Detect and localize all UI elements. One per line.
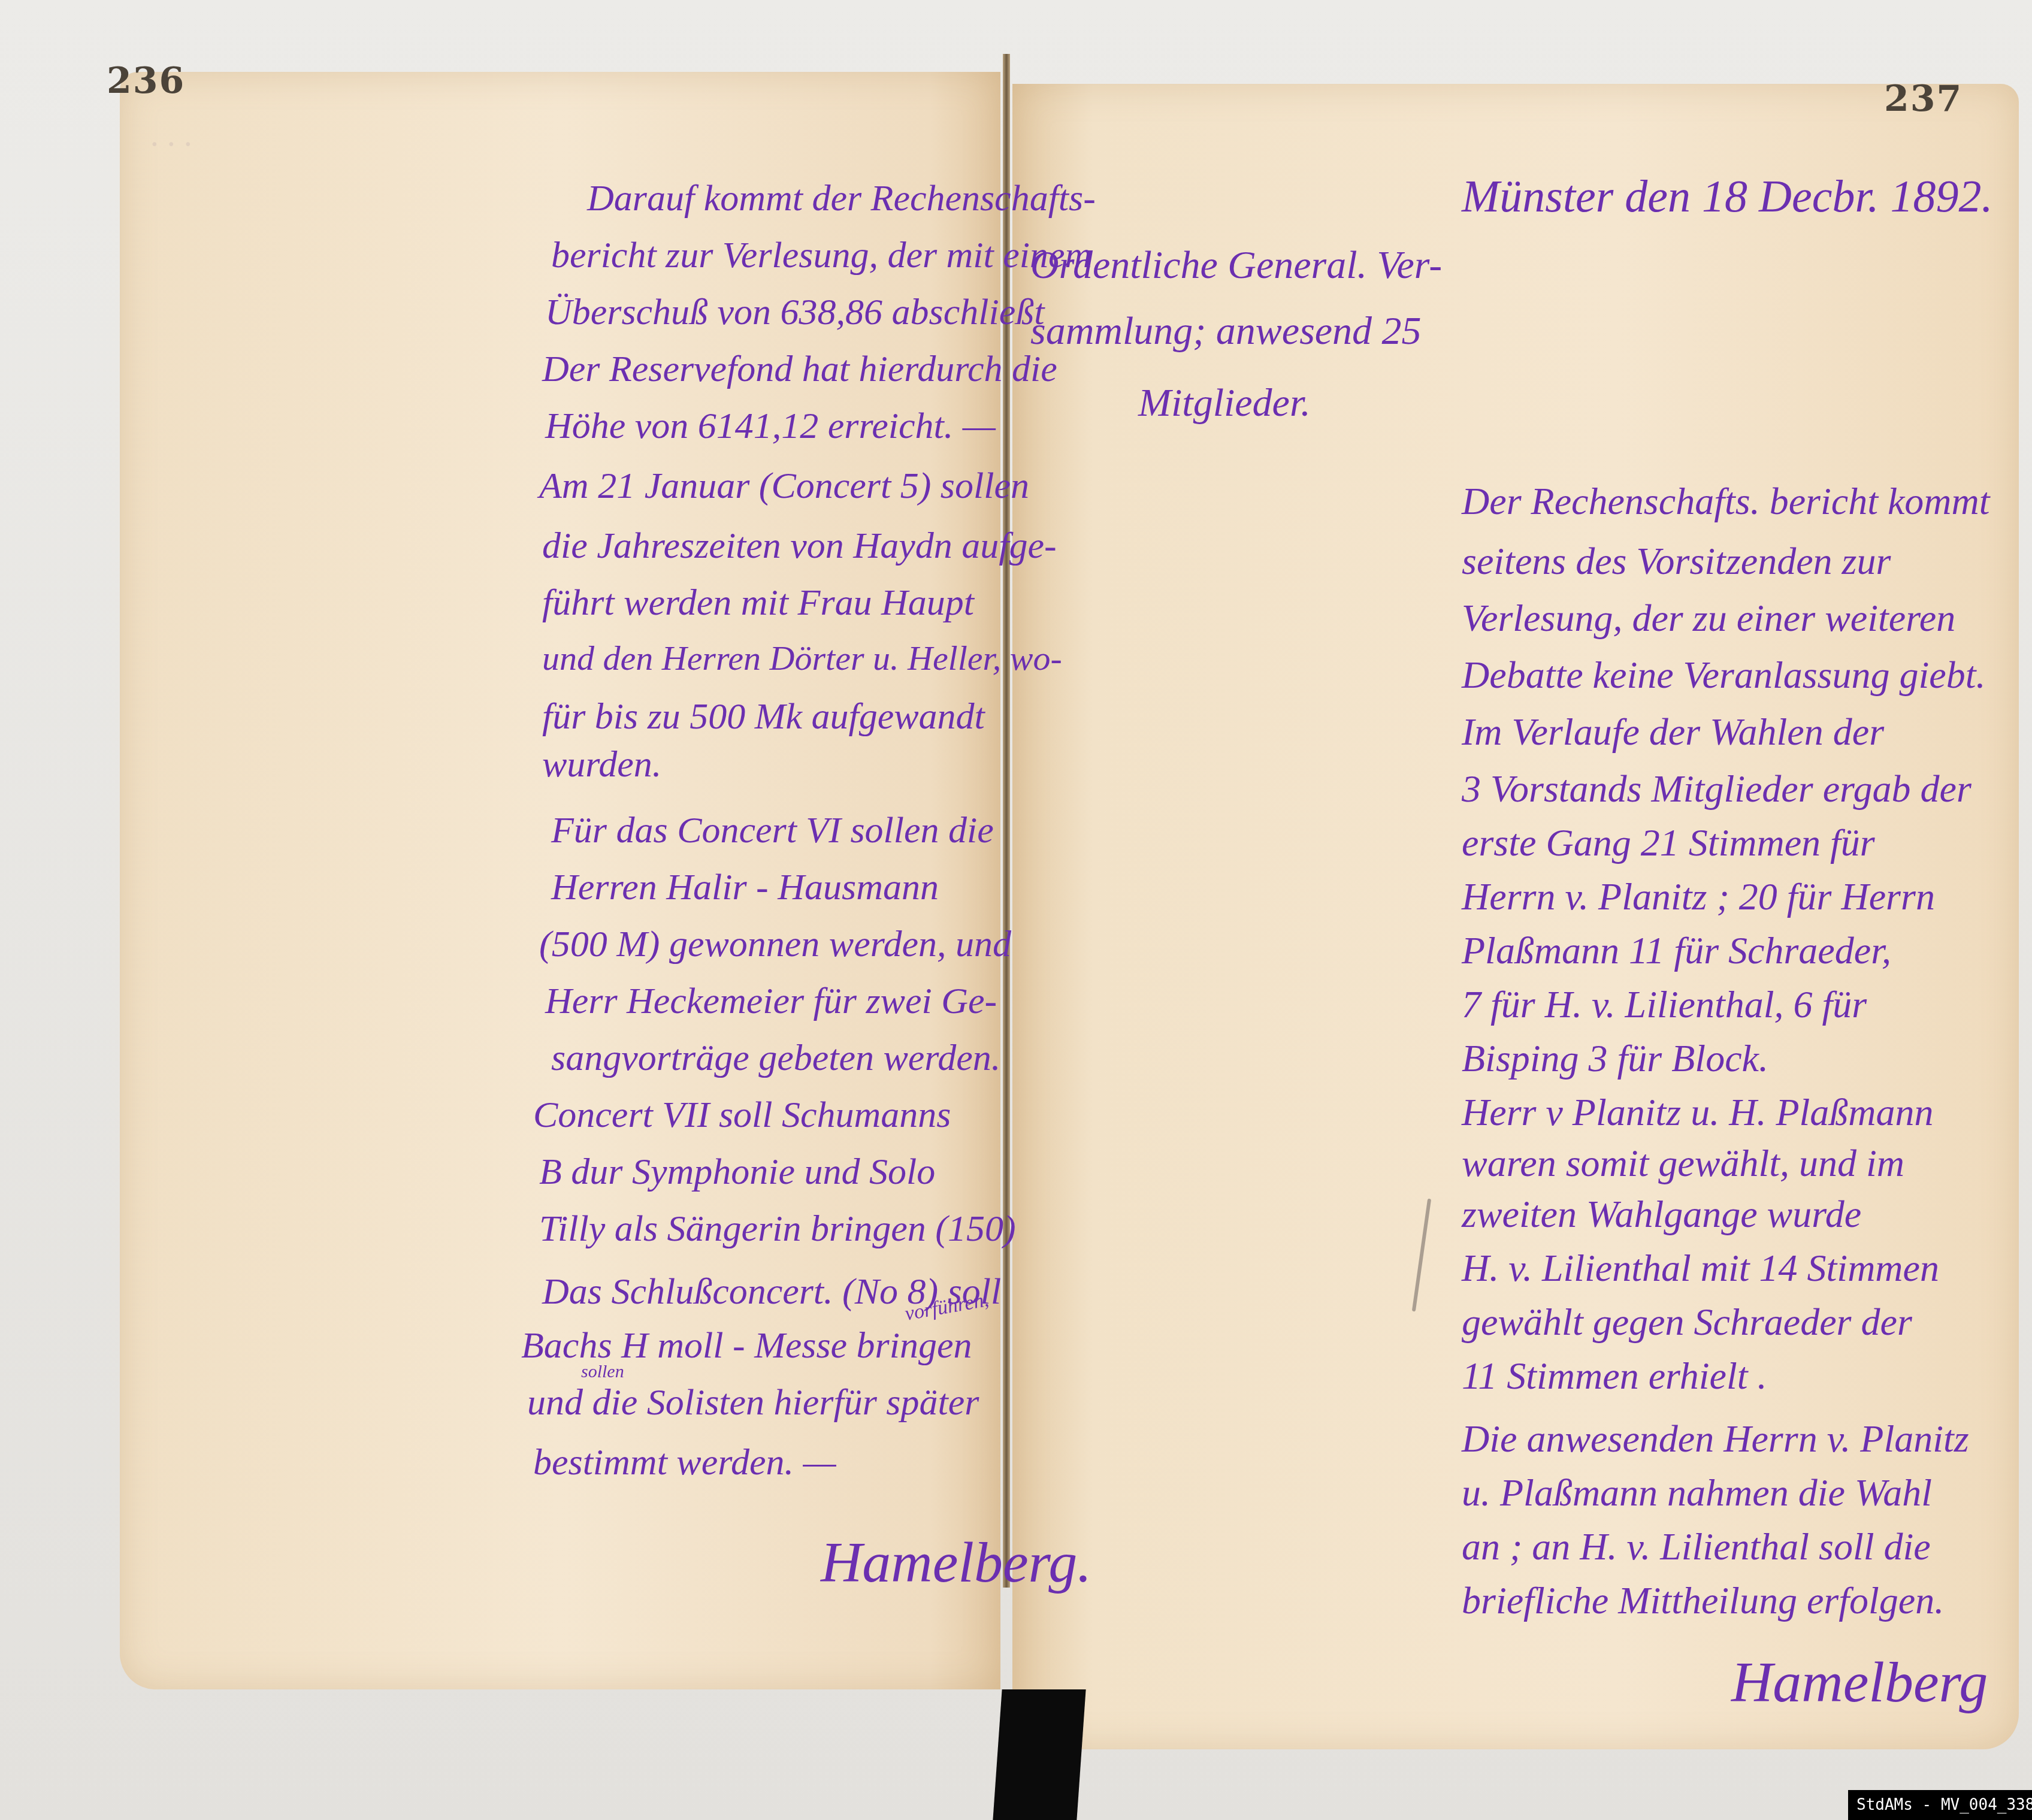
page-number-left: 236 bbox=[107, 60, 185, 102]
text-line: Plaßmann 11 für Schraeder, bbox=[1462, 932, 1891, 970]
heading-line: sammlung; anwesend 25 bbox=[1030, 312, 1422, 351]
text-line: Bisping 3 für Block. bbox=[1462, 1039, 1768, 1078]
text-line: 7 für H. v. Lilienthal, 6 für bbox=[1462, 985, 1867, 1024]
text-line: für bis zu 500 Mk aufgewandt bbox=[542, 698, 985, 735]
text-line: und die Solisten hierfür später bbox=[527, 1384, 979, 1421]
heading-line: Ordentliche General. Ver- bbox=[1030, 246, 1442, 285]
text-line: zweiten Wahlgange wurde bbox=[1462, 1195, 1861, 1234]
text-line: 11 Stimmen erhielt . bbox=[1462, 1357, 1767, 1395]
text-line: bericht zur Verlesung, der mit einem bbox=[551, 237, 1091, 274]
text-line: Concert VII soll Schumanns bbox=[533, 1096, 951, 1133]
book-spine bbox=[1003, 54, 1010, 1588]
text-line: Für das Concert VI sollen die bbox=[551, 812, 994, 849]
text-line: Herr v Planitz u. H. Plaßmann bbox=[1462, 1093, 1934, 1132]
signature-left: Hamelberg. bbox=[821, 1534, 1091, 1591]
text-line: Die anwesenden Herrn v. Planitz bbox=[1462, 1420, 1969, 1458]
text-line: bestimmt werden. — bbox=[533, 1444, 836, 1481]
text-line: Herr Heckemeier für zwei Ge- bbox=[545, 982, 997, 1020]
page-number-right: 237 bbox=[1884, 78, 1963, 120]
signature-right: Hamelberg bbox=[1731, 1653, 1988, 1711]
text-line: Debatte keine Veranlassung giebt. bbox=[1462, 656, 1985, 694]
text-line: wurden. bbox=[542, 746, 661, 783]
text-line: Bachs H moll - Messe bringen bbox=[521, 1327, 972, 1364]
text-line: 3 Vorstands Mitglieder ergab der bbox=[1462, 770, 1971, 808]
text-line: Der Reservefond hat hierdurch die bbox=[542, 350, 1057, 388]
text-line: erste Gang 21 Stimmen für bbox=[1462, 824, 1875, 862]
text-line: gewählt gegen Schraeder der bbox=[1462, 1303, 1912, 1341]
text-line: Herrn v. Planitz ; 20 für Herrn bbox=[1462, 878, 1935, 916]
bookmark-ribbon bbox=[993, 1689, 1085, 1820]
archive-label: StdAMs - MV_004_338 bbox=[1848, 1790, 2032, 1820]
text-line: waren somit gewählt, und im bbox=[1462, 1144, 1904, 1183]
text-line: Im Verlaufe der Wahlen der bbox=[1462, 713, 1884, 751]
text-line: seitens des Vorsitzenden zur bbox=[1462, 542, 1891, 581]
text-line: Am 21 Januar (Concert 5) sollen bbox=[539, 467, 1029, 504]
bleed-through-text: · · · bbox=[150, 126, 192, 164]
text-line: Verlesung, der zu einer weiteren bbox=[1462, 599, 1955, 637]
date-line: Münster den 18 Decbr. 1892. bbox=[1462, 174, 1993, 219]
text-line: B dur Symphonie und Solo bbox=[539, 1153, 935, 1190]
text-line: Herren Halir - Hausmann bbox=[551, 869, 939, 906]
text-line: H. v. Lilienthal mit 14 Stimmen bbox=[1462, 1249, 1939, 1287]
text-line: Höhe von 6141,12 erreicht. — bbox=[545, 407, 996, 445]
text-line: führt werden mit Frau Haupt bbox=[542, 584, 974, 621]
text-line: Überschuß von 638,86 abschließt bbox=[545, 294, 1044, 331]
heading-line: Mitglieder. bbox=[1138, 383, 1311, 423]
text-line: Tilly als Sängerin bringen (150) bbox=[539, 1210, 1016, 1247]
text-line: (500 M) gewonnen werden, und bbox=[539, 926, 1011, 963]
text-line: an ; an H. v. Lilienthal soll die bbox=[1462, 1528, 1931, 1566]
text-line: briefliche Mittheilung erfolgen. bbox=[1462, 1582, 1944, 1620]
text-line: und den Herren Dörter u. Heller, wo- bbox=[542, 641, 1062, 676]
text-line: sangvorträge gebeten werden. bbox=[551, 1039, 1000, 1077]
text-line: die Jahreszeiten von Haydn aufge- bbox=[542, 527, 1057, 564]
text-line: Der Rechenschafts. bericht kommt bbox=[1462, 482, 1990, 521]
interlinear-note: sollen bbox=[581, 1363, 624, 1381]
text-line: Darauf kommt der Rechenschafts- bbox=[587, 180, 1096, 217]
text-line: u. Plaßmann nahmen die Wahl bbox=[1462, 1474, 1932, 1512]
